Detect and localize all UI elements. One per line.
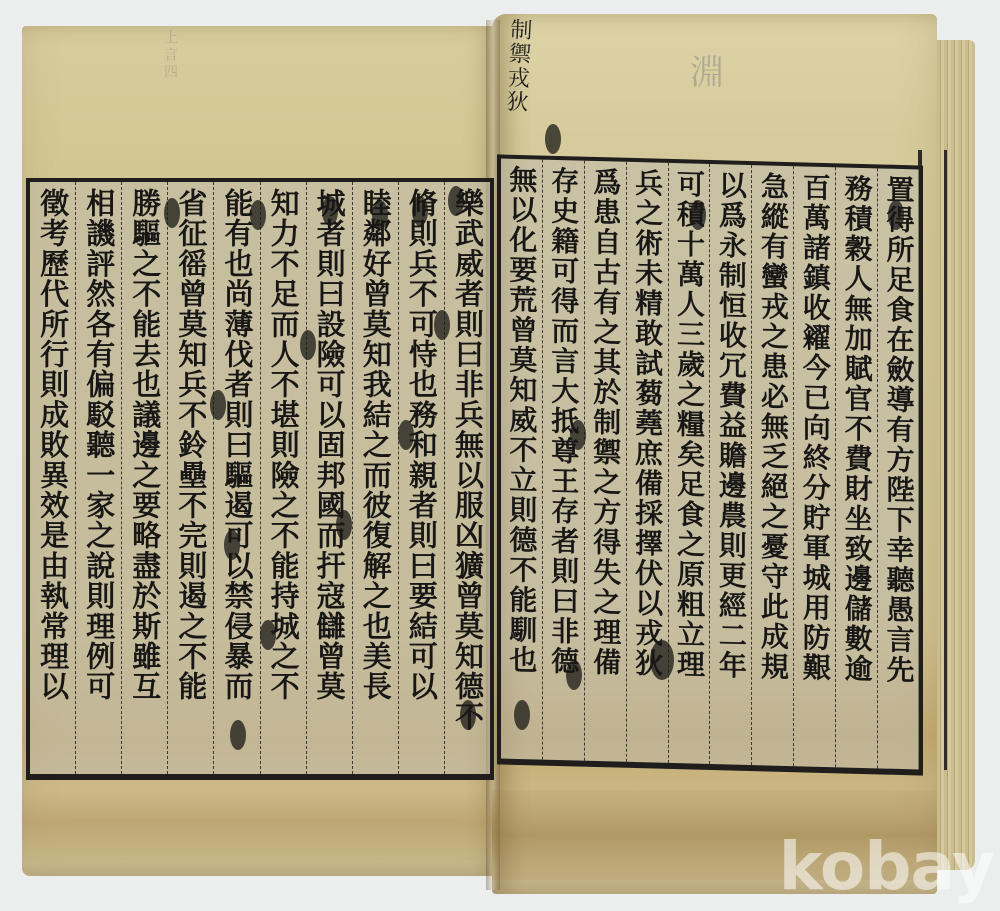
- margin-stamp: 淵: [690, 45, 724, 94]
- text-column: 可積十萬人三歲之糧矣足食之原粗立理: [668, 163, 710, 764]
- column-text: 相譏評然各有偏駁聽一家之說則理例可: [84, 182, 113, 774]
- left-page-text-frame: 樂武威者則曰非兵無以服凶獷曾莫知德不 脩則兵不可恃也務和親者則曰要結可以 睦鄰好…: [26, 178, 494, 780]
- column-text: 兵之術未精敢試蒭蕘庶備採擇伏以戎狄: [633, 162, 661, 763]
- text-column: 百萬諸鎮收糴今已向終分貯軍城用防艱: [793, 166, 835, 767]
- column-text: 省征徭曾莫知兵不鈴壘不完則遏之不能: [176, 182, 205, 774]
- column-text: 無以化要荒曾莫知威不立則德不能馴也: [507, 159, 535, 760]
- text-column: 勝驅之不能去也議邊之要略盡於斯雖互: [121, 182, 167, 774]
- text-column: 爲患自古有之其於制禦之方得失之理備: [584, 161, 626, 762]
- text-column: 無以化要荒曾莫知威不立則德不能馴也: [501, 159, 542, 760]
- open-book: 上言四 淵 制禦戎狄 置得所足食在斂導有方陛下幸聽愚言先 務積穀人無加賦官不費財…: [0, 0, 1000, 911]
- column-text: 能有也尚薄伐者則曰驅遏可以禁侵暴而: [222, 182, 251, 774]
- watermark: kobay: [779, 828, 994, 905]
- text-column: 能有也尚薄伐者則曰驅遏可以禁侵暴而: [213, 182, 259, 774]
- text-column: 知力不足而人不堪則險之不能持城之不: [260, 182, 306, 774]
- text-column: 以爲永制恒收冗費益贍邊農則更經二年: [709, 164, 751, 765]
- text-column: 相譏評然各有偏駁聽一家之說則理例可: [75, 182, 121, 774]
- right-page-text-frame: 置得所足食在斂導有方陛下幸聽愚言先 務積穀人無加賦官不費財坐致邊儲數逾 百萬諸鎮…: [497, 154, 923, 775]
- column-text: 睦鄰好曾莫知我結之而彼復解之也美長: [361, 182, 390, 774]
- column-text: 脩則兵不可恃也務和親者則曰要結可以: [407, 182, 436, 774]
- text-column: 樂武威者則曰非兵無以服凶獷曾莫知德不: [444, 182, 490, 774]
- column-text: 急縱有蠻戎之患必無乏絕之憂守此成規: [759, 165, 787, 766]
- column-text: 百萬諸鎮收糴今已向終分貯軍城用防艱: [801, 166, 829, 767]
- text-column: 徵考歷代所行則成敗異效是由執常理以: [30, 182, 75, 774]
- column-text: 以爲永制恒收冗費益贍邊農則更經二年: [717, 164, 745, 765]
- column-text: 爲患自古有之其於制禦之方得失之理備: [591, 161, 619, 762]
- text-column: 存史籍可得而言大抵尊王存者則曰非德: [542, 160, 584, 761]
- text-column: 兵之術未精敢試蒭蕘庶備採擇伏以戎狄: [626, 162, 668, 763]
- column-text: 城者則曰設險可以固邦國而扞寇讎曾莫: [315, 182, 344, 774]
- column-text: 勝驅之不能去也議邊之要略盡於斯雖互: [130, 182, 159, 774]
- text-column: 脩則兵不可恃也務和親者則曰要結可以: [398, 182, 444, 774]
- column-text: 可積十萬人三歲之糧矣足食之原粗立理: [675, 163, 703, 764]
- column-text: 置得所足食在斂導有方陛下幸聽愚言先: [885, 169, 913, 770]
- text-column: 務積穀人無加賦官不費財坐致邊儲數逾: [835, 167, 877, 768]
- text-column: 城者則曰設險可以固邦國而扞寇讎曾莫: [306, 182, 352, 774]
- column-text: 存史籍可得而言大抵尊王存者則曰非德: [549, 160, 577, 761]
- column-text: 徵考歷代所行則成敗異效是由執常理以: [38, 182, 67, 774]
- text-column: 睦鄰好曾莫知我結之而彼復解之也美長: [352, 182, 398, 774]
- water-stain: [22, 790, 500, 860]
- column-text: 務積穀人無加賦官不費財坐致邊儲數逾: [843, 167, 871, 768]
- column-text: 知力不足而人不堪則險之不能持城之不: [269, 182, 298, 774]
- margin-notes: 上言四: [160, 30, 180, 81]
- spine-label: 制禦戎狄: [501, 17, 536, 114]
- column-text: 樂武威者則曰非兵無以服凶獷曾莫知德不: [453, 182, 482, 774]
- text-column: 省征徭曾莫知兵不鈴壘不完則遏之不能: [167, 182, 213, 774]
- text-column: 急縱有蠻戎之患必無乏絕之憂守此成規: [751, 165, 793, 766]
- text-column: 置得所足食在斂導有方陛下幸聽愚言先: [877, 168, 919, 769]
